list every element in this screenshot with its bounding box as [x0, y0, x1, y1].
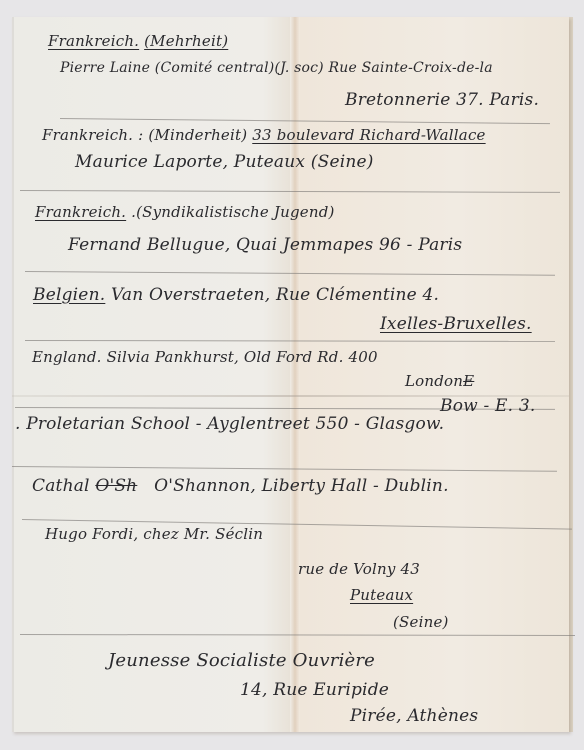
entry-5-line2: LondonE: [405, 372, 474, 390]
entry-8-line4: (Seine): [393, 613, 449, 631]
entry-first-name: Cathal: [32, 476, 90, 496]
entry-country: Frankreich.: [48, 32, 139, 50]
entry-7-line1: Cathal O'Sh O'Shannon, Liberty Hall - Du…: [32, 476, 449, 496]
entry-address: 33 boulevard Richard-Wallace: [252, 126, 485, 144]
entry-2-line2: Maurice Laporte, Puteaux (Seine): [75, 152, 374, 172]
entry-note: (Mehrheit): [144, 32, 228, 50]
entry-1-header: Frankreich. (Mehrheit): [48, 32, 228, 50]
entry-country: Frankreich.: [35, 203, 126, 221]
entry-1-line1: Pierre Laine (Comité central)(J. soc) Ru…: [60, 60, 493, 76]
struck-text: O'Sh: [95, 476, 137, 496]
entry-8-line1: Hugo Fordi, chez Mr. Séclin: [45, 525, 263, 543]
entry-5-line3: Bow - E. 3.: [440, 396, 535, 416]
entry-4-line1: Belgien. Van Overstraeten, Rue Clémentin…: [33, 285, 439, 305]
entry-country: Frankreich.: [42, 126, 133, 144]
entry-country: England.: [32, 348, 102, 366]
entry-3-header: Frankreich. .(Syndikalistische Jugend): [35, 203, 335, 221]
entry-8-line2: rue de Volny 43: [298, 560, 420, 578]
entry-8-line3: Puteaux: [350, 586, 413, 604]
entry-5-line1: England. Silvia Pankhurst, Old Ford Rd. …: [32, 348, 378, 366]
entry-1-line2: Bretonnerie 37. Paris.: [345, 90, 539, 110]
entry-9-line3: Pirée, Athènes: [350, 706, 478, 726]
entry-text: Silvia Pankhurst, Old Ford Rd. 400: [107, 348, 378, 366]
entry-9-line2: 14, Rue Euripide: [240, 680, 389, 700]
entry-note: .(Syndikalistische Jugend): [131, 203, 334, 221]
entry-2-header: Frankreich. : (Minderheit) 33 boulevard …: [42, 126, 486, 144]
entry-9-line1: Jeunesse Socialiste Ouvrière: [108, 650, 375, 671]
entry-note: : (Minderheit): [138, 126, 247, 144]
entry-6-line1: . Proletarian School - Ayglentreet 550 -…: [15, 414, 444, 434]
entry-country: Belgien.: [33, 285, 105, 305]
entry-text: Van Overstraeten, Rue Clémentine 4.: [111, 285, 439, 305]
vertical-fold: [290, 17, 300, 732]
struck-text: E: [463, 372, 474, 390]
entry-text: O'Shannon, Liberty Hall - Dublin.: [154, 476, 449, 496]
entry-3-line2: Fernand Bellugue, Quai Jemmapes 96 - Par…: [68, 235, 462, 255]
entry-4-line2: Ixelles-Bruxelles.: [380, 314, 532, 334]
paper-edge: [12, 17, 14, 732]
